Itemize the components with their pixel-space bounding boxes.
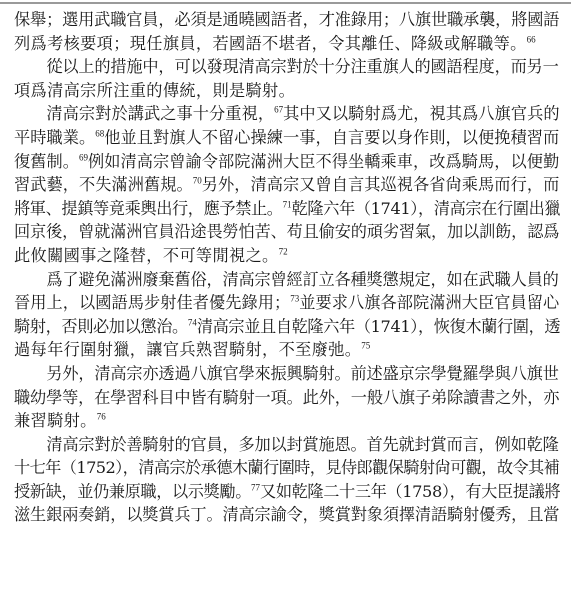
footnote-marker[interactable]: 69 [79,152,88,162]
text-line: 兼習騎射。76 [14,409,559,433]
text-line: 復舊制。69例如清高宗曾諭令部院滿洲大臣不得坐轎乘車，改爲騎馬，以便勤 [14,150,559,174]
paragraph-first-line: 清高宗對於善騎射的官員，多加以封賞施恩。首先就封賞而言，例如乾隆 [14,433,559,457]
text-line: 十七年（1752），清高宗於承德木蘭行圍時，見侍郎觀保騎射尙可觀，故令其補 [14,456,559,480]
footnote-marker[interactable]: 75 [361,341,370,351]
text-segment: 復舊制。 [14,152,79,171]
paragraph-first-line: 從以上的措施中，可以發現清高宗對於十分注重旗人的國語程度，而另一 [14,55,559,79]
text-line: 項爲清高宗所注重的傳統，則是騎射。 [14,79,559,103]
footnote-marker[interactable]: 68 [95,128,104,138]
text-line: 職幼學等，在學習科目中皆有騎射一項。此外，一般八旗子弟除讀書之外，亦 [14,386,559,410]
text-segment: 保舉；選用武職官員，必須是通曉國語者，才准錄用；八旗世職承襲，將國語 [14,10,559,29]
text-segment: 清高宗對於善騎射的官員，多加以封賞施恩。首先就封賞而言，例如乾隆 [46,435,558,454]
footnote-marker[interactable]: 77 [251,482,260,492]
text-line: 晉用上，以國語馬步射佳者優先錄用；73並要求八旗各部院滿洲大臣官員留心 [14,291,559,315]
text-segment: 另外，清高宗又曾自言其巡視各省尙乘馬而行，而 [202,175,560,194]
footnote-marker[interactable]: 67 [274,105,283,115]
text-segment: 另外，清高宗亦透過八旗官學來振興騎射。前述盛京宗學覺羅學與八旗世 [46,364,558,383]
text-line: 授新缺，並仍兼原職，以示獎勵。77又如乾隆二十三年（1758），有大臣提議將 [14,480,559,504]
text-segment: 從以上的措施中，可以發現清高宗對於十分注重旗人的國語程度，而另一 [46,57,558,76]
text-segment: 過每年行圍射獵，讓官兵熟習騎射，不至廢弛。 [14,340,361,359]
text-segment: 並要求八旗各部院滿洲大臣官員留心 [299,293,559,312]
text-segment: 清高宗對於講武之事十分重視， [46,104,274,123]
text-line: 保舉；選用武職官員，必須是通曉國語者，才准錄用；八旗世職承襲，將國語 [14,8,559,32]
footnote-marker[interactable]: 72 [279,246,288,256]
text-line: 過每年行圍射獵，讓官兵熟習騎射，不至廢弛。75 [14,338,559,362]
text-segment: 職幼學等，在學習科目中皆有騎射一項。此外，一般八旗子弟除讀書之外，亦 [14,388,559,407]
text-line: 將軍、提鎮等竟乘輿出行，應予禁止。71乾隆六年（1741），清高宗在行圍出獵 [14,197,559,221]
text-line: 平時職業。68他並且對旗人不留心操練一事，自言要以身作則，以便挽積習而 [14,126,559,150]
paragraph-first-line: 另外，清高宗亦透過八旗官學來振興騎射。前述盛京宗學覺羅學與八旗世 [14,362,559,386]
text-segment: 回京後，曾就滿洲官員沿途畏勞怕苦、苟且偷安的頑劣習氣，加以訓飭，認爲 [14,222,559,241]
text-segment: 騎射，否則必加以懲治。 [14,317,188,336]
text-line: 騎射，否則必加以懲治。74清高宗並且自乾隆六年（1741），恢復木蘭行圍，透 [14,315,559,339]
text-segment: 授新缺，並仍兼原職，以示獎勵。 [14,482,251,501]
text-line: 列爲考核要項；現任旗員，若國語不堪者，令其離任、降級或解職等。66 [14,32,559,56]
text-segment: 十七年（1752），清高宗於承德木蘭行圍時，見侍郎觀保騎射尙可觀，故令其補 [14,458,559,477]
text-segment: 滋生銀兩奏銷，以獎賞兵丁。清高宗諭令，獎賞對象須擇清語騎射優秀，且當 [14,505,559,524]
text-segment: 習武藝，不失滿洲舊規。 [14,175,193,194]
text-line: 滋生銀兩奏銷，以獎賞兵丁。清高宗諭令，獎賞對象須擇清語騎射優秀，且當 [14,503,559,527]
text-segment: 平時職業。 [14,128,95,147]
text-line: 回京後，曾就滿洲官員沿途畏勞怕苦、苟且偷安的頑劣習氣，加以訓飭，認爲 [14,220,559,244]
footnote-marker[interactable]: 66 [527,34,536,44]
footnote-marker[interactable]: 76 [97,411,106,421]
text-segment: 項爲清高宗所注重的傳統，則是騎射。 [14,81,295,100]
text-segment: 將軍、提鎮等竟乘輿出行，應予禁止。 [14,199,283,218]
top-border-rule [0,2,571,4]
text-segment: 此攸關國事之隆替，不可等閒視之。 [14,246,279,265]
paragraph-first-line: 爲了避免滿洲廢棄舊俗，清高宗曾經訂立各種獎懲規定，如在武職人員的 [14,268,559,292]
paragraph-first-line: 清高宗對於講武之事十分重視，67其中又以騎射爲尤，視其爲八旗官兵的 [14,102,559,126]
footnote-marker[interactable]: 70 [193,175,202,185]
text-segment: 兼習騎射。 [14,411,97,430]
text-segment: 晉用上，以國語馬步射佳者優先錄用； [14,293,290,312]
footnote-marker[interactable]: 71 [283,199,292,209]
text-segment: 其中又以騎射爲尤，視其爲八旗官兵的 [283,104,560,123]
text-segment: 清高宗並且自乾隆六年（1741），恢復木蘭行圍，透 [197,317,560,336]
text-segment: 他並且對旗人不留心操練一事，自言要以身作則，以便挽積習而 [104,128,559,147]
text-segment: 乾隆六年（1741），清高宗在行圍出獵 [292,199,561,218]
footnote-marker[interactable]: 73 [290,293,299,303]
text-line: 此攸關國事之隆替，不可等閒視之。72 [14,244,559,268]
footnote-marker[interactable]: 74 [188,317,197,327]
document-page: 保舉；選用武職官員，必須是通曉國語者，才准錄用；八旗世職承襲，將國語列爲考核要項… [14,8,559,527]
text-segment: 列爲考核要項；現任旗員，若國語不堪者，令其離任、降級或解職等。 [14,34,527,53]
text-segment: 爲了避免滿洲廢棄舊俗，清高宗曾經訂立各種獎懲規定，如在武職人員的 [46,270,558,289]
text-segment: 例如清高宗曾諭令部院滿洲大臣不得坐轎乘車，改爲騎馬，以便勤 [88,152,559,171]
text-segment: 又如乾隆二十三年（1758），有大臣提議將 [260,482,560,501]
text-line: 習武藝，不失滿洲舊規。70另外，清高宗又曾自言其巡視各省尙乘馬而行，而 [14,173,559,197]
